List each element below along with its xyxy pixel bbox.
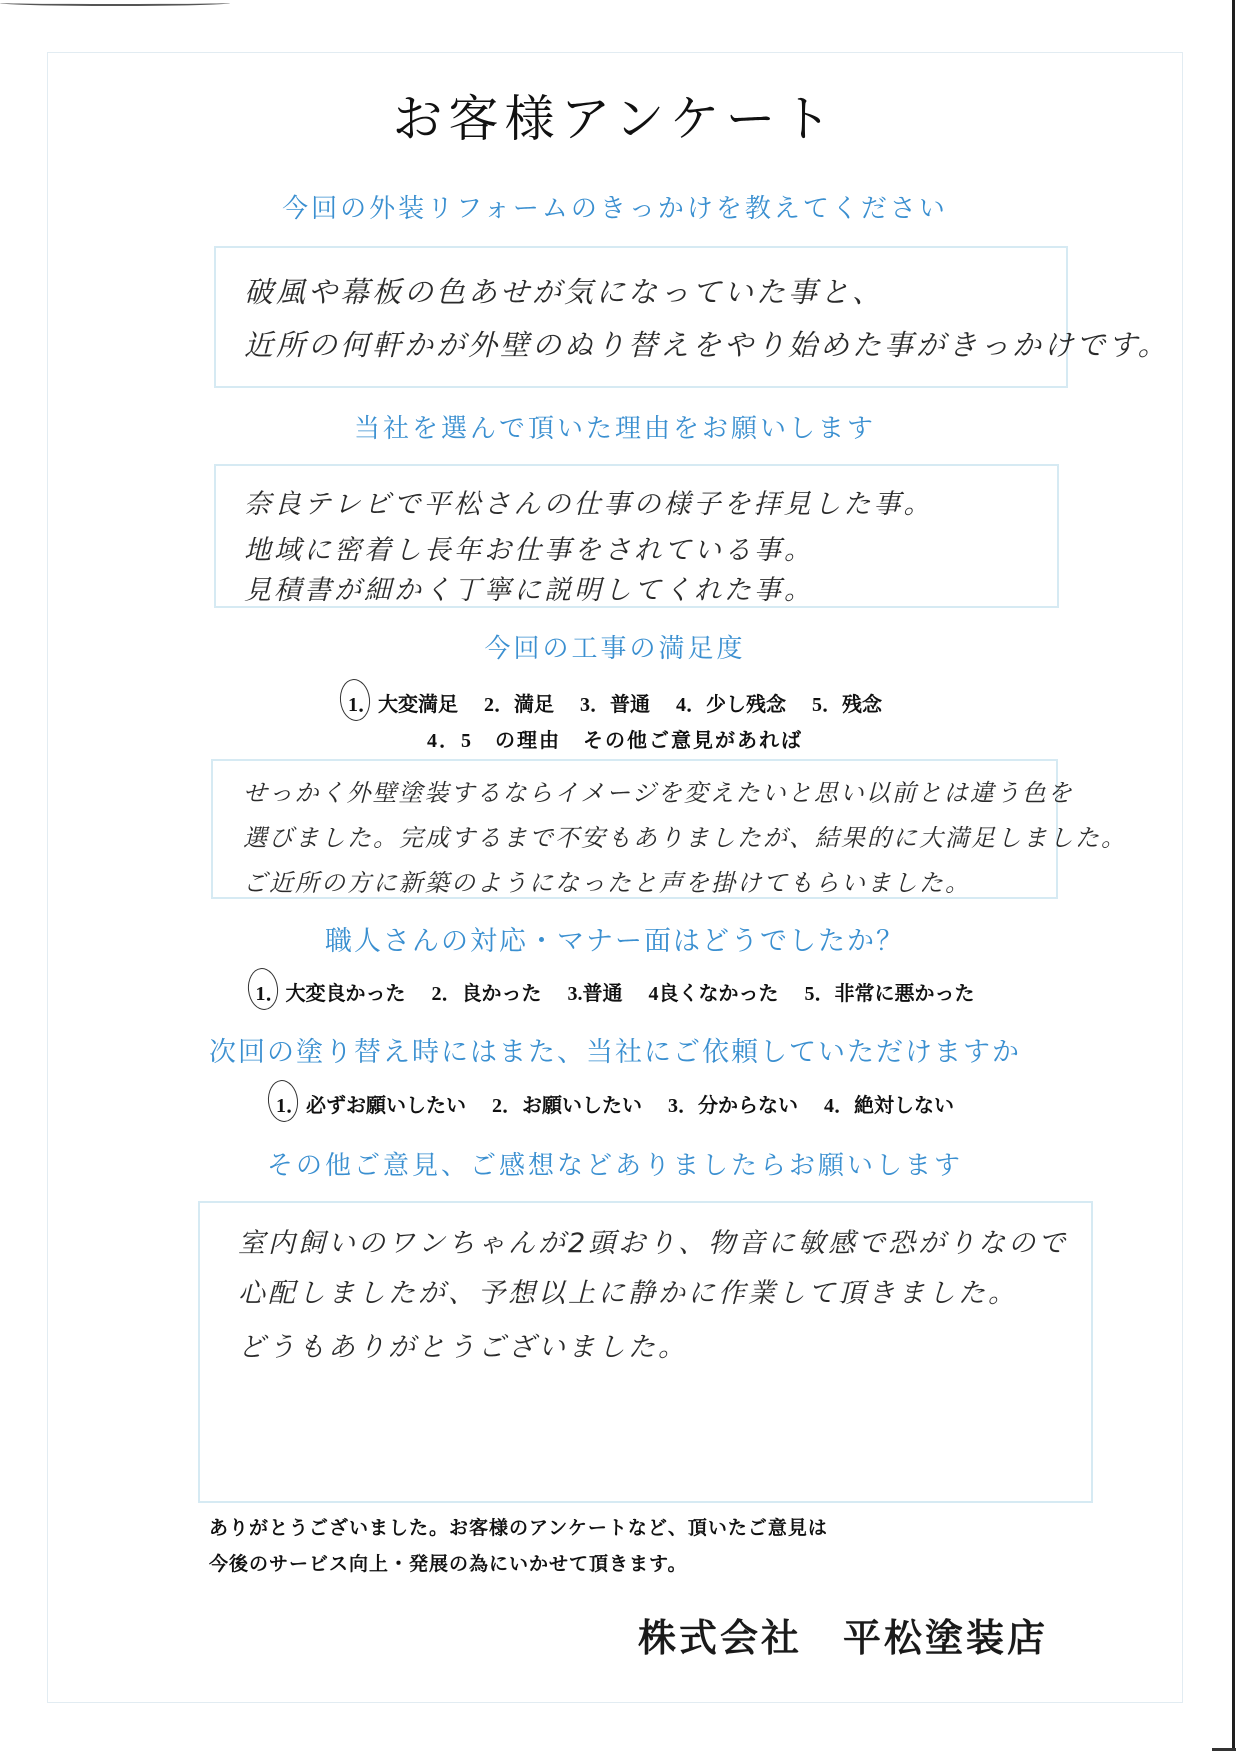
q3-option-1: 1．大変満足: [348, 688, 458, 717]
q2-answer-line: 地域に密着し長年お仕事をされている事。: [244, 528, 814, 567]
q3-answer-line: ご近所の方に新築のようになったと声を掛けてもらいました。: [243, 863, 971, 898]
footer-thanks-line: ありがとうございました。お客様のアンケートなど、頂いたご意見は: [209, 1513, 828, 1540]
q6-answer-line: どうもありがとうございました。: [238, 1325, 688, 1364]
q4-option-4: 4良くなかった: [649, 977, 779, 1006]
q4-option-1: 1．大変良かった: [256, 977, 406, 1006]
footer-thanks-line: 今後のサービス向上・発展の為にいかせて頂きます。: [209, 1549, 687, 1576]
q4-option-3: 3.普通: [568, 977, 623, 1006]
q1-answer-box: 破風や幕板の色あせが気になっていた事と、 近所の何軒かが外壁のぬり替えをやり始め…: [214, 246, 1068, 388]
q1-answer-line: 破風や幕板の色あせが気になっていた事と、: [244, 270, 884, 311]
scan-edge-bottom: [1212, 1748, 1236, 1751]
q3-option-4: 4．少し残念: [676, 688, 786, 717]
q4-options: 1．大変良かった 2．良かった 3.普通 4良くなかった 5．非常に悪かった: [48, 977, 1182, 1006]
q2-answer-line: 奈良テレビで平松さんの仕事の様子を拝見した事。: [244, 482, 933, 521]
page-title: お客様アンケート: [48, 79, 1182, 151]
q3-answer-box: せっかく外壁塗装するならイメージを変えたいと思い以前とは違う色を 選びました。完…: [211, 759, 1058, 899]
q2-answer-line: 見積書が細かく丁寧に説明してくれた事。: [244, 568, 814, 607]
q6-answer-line: 室内飼いのワンちゃんが2頭おり、物音に敏感で恐がりなので: [238, 1221, 1068, 1260]
q5-option-1: 1．必ずお願いしたい: [276, 1089, 466, 1118]
q4-option-2: 2．良かった: [432, 977, 542, 1006]
q4-option-5: 5．非常に悪かった: [805, 977, 975, 1006]
q3-options: 1．大変満足 2．満足 3．普通 4．少し残念 5．残念: [48, 688, 1182, 717]
q4-heading: 職人さんの対応・マナー面はどうでしたか？: [48, 919, 1182, 958]
q6-heading: その他ご意見、ご感想などありましたらお願いします: [48, 1145, 1182, 1182]
scan-edge-right: [1232, 0, 1235, 1750]
q2-heading: 当社を選んで頂いた理由をお願いします: [48, 408, 1182, 445]
q3-option-2: 2．満足: [484, 688, 554, 717]
q3-heading: 今回の工事の満足度: [48, 628, 1182, 665]
q6-answer-line: 心配しましたが、予想以上に静かに作業して頂きました。: [238, 1271, 1018, 1310]
q3-option-3: 3．普通: [580, 688, 650, 717]
q3-answer-line: せっかく外壁塗装するならイメージを変えたいと思い以前とは違う色を: [243, 773, 1074, 808]
q5-heading: 次回の塗り替え時にはまた、当社にご依頼していただけますか: [48, 1030, 1182, 1069]
q5-option-3: 3．分からない: [668, 1089, 798, 1118]
q6-answer-box: 室内飼いのワンちゃんが2頭おり、物音に敏感で恐がりなので 心配しましたが、予想以…: [198, 1201, 1093, 1503]
q3-sub-label: 4．5 の理由 その他ご意見があれば: [48, 724, 1182, 753]
q5-options: 1．必ずお願いしたい 2．お願いしたい 3．分からない 4．絶対しない: [48, 1089, 1182, 1118]
q3-answer-line: 選びました。完成するまで不安もありましたが、結果的に大満足しました。: [243, 818, 1127, 853]
q3-option-5: 5．残念: [812, 688, 882, 717]
q5-option-4: 4．絶対しない: [824, 1089, 954, 1118]
q5-option-2: 2．お願いしたい: [492, 1089, 642, 1118]
scan-edge-top: [0, 0, 230, 6]
q2-answer-box: 奈良テレビで平松さんの仕事の様子を拝見した事。 地域に密着し長年お仕事をされてい…: [214, 464, 1059, 608]
survey-page: お客様アンケート 今回の外装リフォームのきっかけを教えてください 破風や幕板の色…: [47, 52, 1183, 1703]
q1-heading: 今回の外装リフォームのきっかけを教えてください: [48, 188, 1182, 225]
q1-answer-line: 近所の何軒かが外壁のぬり替えをやり始めた事がきっかけです。: [244, 323, 1170, 364]
company-name: 株式会社 平松塗装店: [638, 1607, 1048, 1662]
